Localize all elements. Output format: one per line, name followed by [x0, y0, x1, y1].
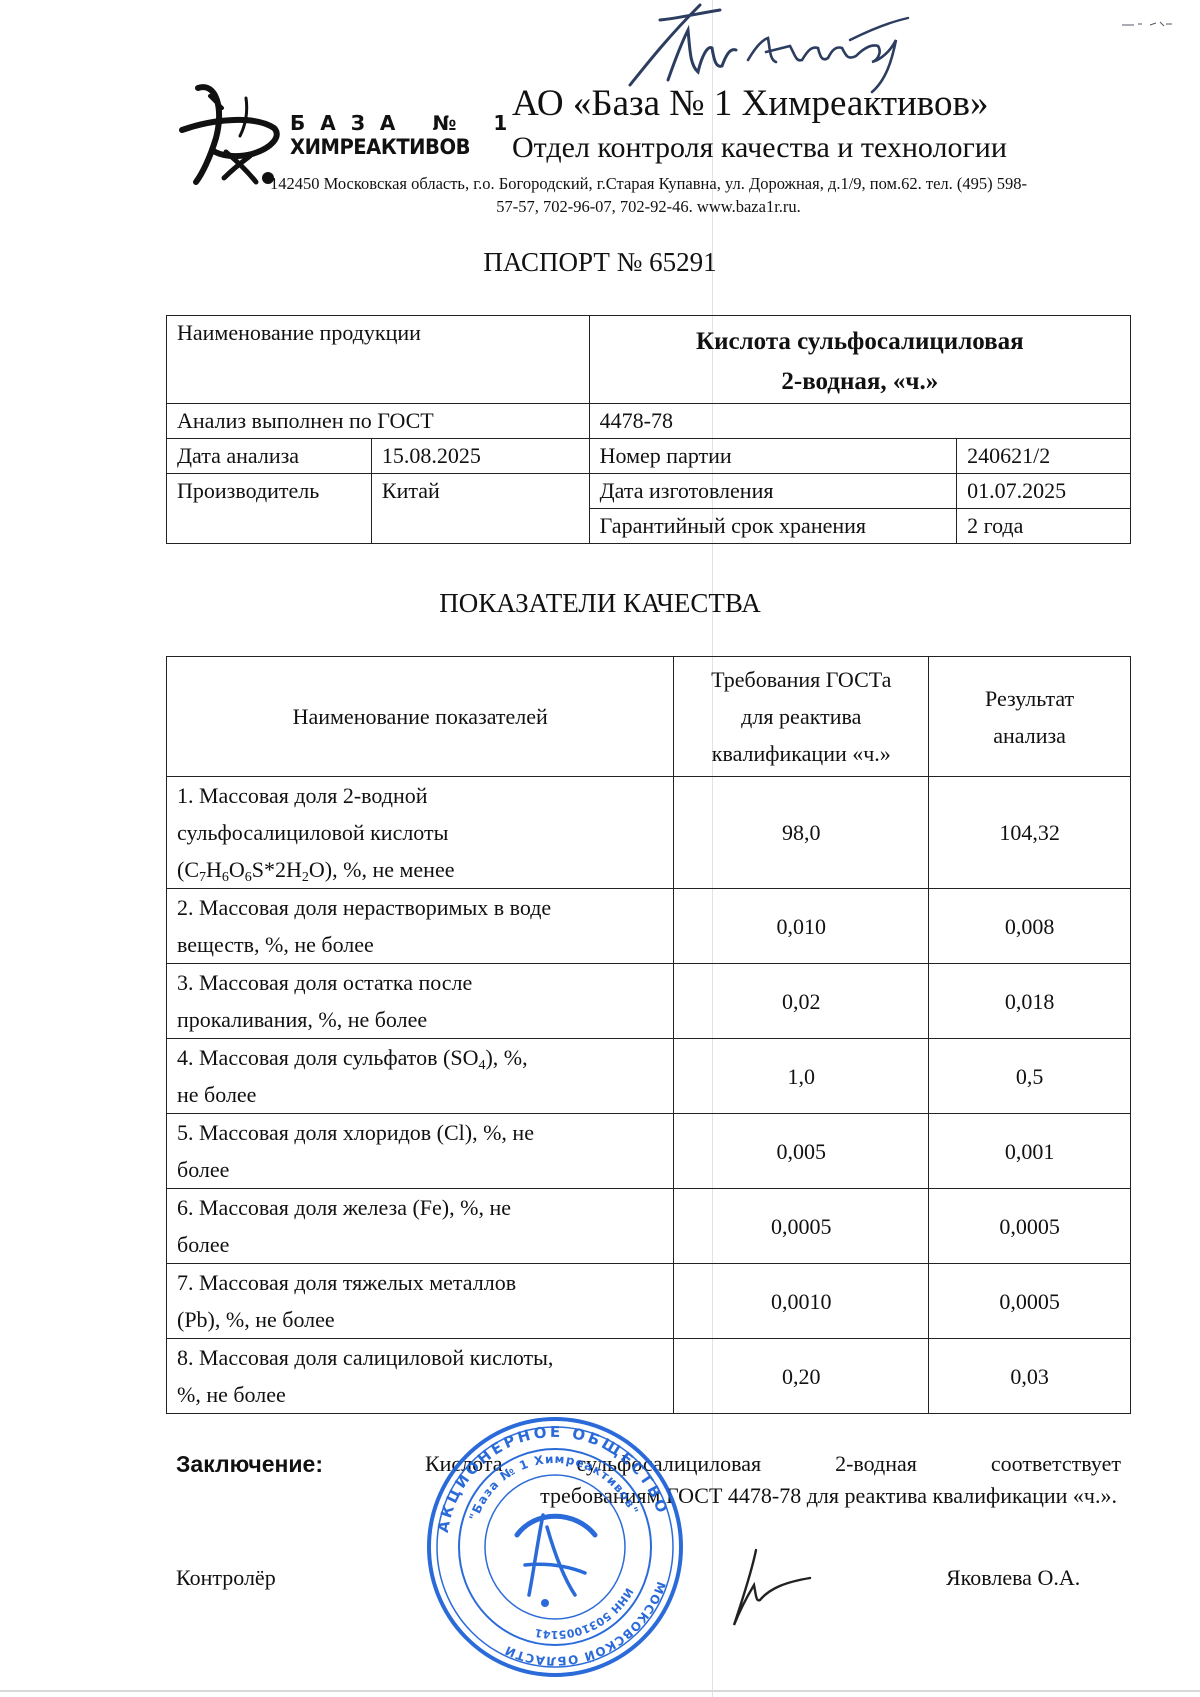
table-row: 8. Массовая доля салициловой кислоты, %,… [167, 1339, 1131, 1414]
indicator-name-line2: сульфосалициловой кислоты [177, 814, 663, 851]
product-info-table: Наименование продукции Кислота сульфосал… [166, 315, 1131, 544]
product-name-line1: Кислота сульфосалициловая [600, 322, 1120, 362]
result-value: 0,5 [929, 1039, 1131, 1114]
requirement-value: 0,0005 [674, 1189, 929, 1264]
logo-wordmark: БАЗА № 1 ХИМРЕАКТИВОВ [290, 112, 522, 160]
indicator-name-line1: 4. Массовая доля сульфатов (SO4), %, [177, 1039, 663, 1076]
indicator-name-line2: (Pb), %, не более [177, 1301, 663, 1338]
indicator-name: 7. Массовая доля тяжелых металлов (Pb), … [167, 1264, 674, 1339]
requirement-header-line2: для реактива [680, 698, 922, 735]
table-row: Наименование продукции Кислота сульфосал… [167, 316, 1131, 404]
address-line-1: 142450 Московская область, г.о. Богородс… [176, 172, 1121, 195]
indicator-name: 8. Массовая доля салициловой кислоты, %,… [167, 1339, 674, 1414]
result-value: 0,0005 [929, 1264, 1131, 1339]
scan-speck-icon [1120, 20, 1180, 28]
table-row: 3. Массовая доля остатка после прокалива… [167, 964, 1131, 1039]
indicator-name-line2: не более [177, 1076, 663, 1113]
indicator-name: 1. Массовая доля 2-водной сульфосалицило… [167, 777, 674, 889]
result-value: 0,008 [929, 889, 1131, 964]
quality-section-title: ПОКАЗАТЕЛИ КАЧЕСТВА [0, 588, 1200, 619]
indicator-name: 3. Массовая доля остатка после прокалива… [167, 964, 674, 1039]
table-row: Анализ выполнен по ГОСТ 4478-78 [167, 404, 1131, 439]
controller-name: Яковлева О.А. [946, 1565, 1080, 1591]
batch-label: Номер партии [589, 439, 956, 474]
indicator-name-line2: более [177, 1151, 663, 1188]
batch-value: 240621/2 [957, 439, 1131, 474]
indicator-name-line2: веществ, %, не более [177, 926, 663, 963]
shelf-life-label: Гарантийный срок хранения [589, 509, 956, 544]
indicator-name-line1: 8. Массовая доля салициловой кислоты, [177, 1339, 663, 1376]
gost-value: 4478-78 [589, 404, 1130, 439]
logo-line1: БАЗА № 1 [290, 112, 522, 134]
quality-table: Наименование показателей Требования ГОСТ… [166, 656, 1131, 1414]
requirement-value: 0,005 [674, 1114, 929, 1189]
controller-signature-icon [726, 1540, 836, 1630]
table-row: 6. Массовая доля железа (Fe), %, не боле… [167, 1189, 1131, 1264]
manufacturer-value: Китай [371, 474, 589, 544]
requirement-value: 0,0010 [674, 1264, 929, 1339]
result-value: 0,001 [929, 1114, 1131, 1189]
indicator-name-line3: (C7H6O6S*2H2O), %, не менее [177, 851, 663, 888]
requirement-value: 0,010 [674, 889, 929, 964]
requirement-value: 0,20 [674, 1339, 929, 1414]
svg-text:"База № 1 Химреактивов": "База № 1 Химреактивов" [466, 1452, 641, 1523]
result-header-line2: анализа [935, 717, 1124, 754]
table-row: 7. Массовая доля тяжелых металлов (Pb), … [167, 1264, 1131, 1339]
indicator-name: 2. Массовая доля нерастворимых в воде ве… [167, 889, 674, 964]
indicator-name-line1: 3. Массовая доля остатка после [177, 964, 663, 1001]
indicator-name-line2: более [177, 1226, 663, 1263]
indicator-name-line1: 6. Массовая доля железа (Fe), %, не [177, 1189, 663, 1226]
analysis-date-label: Дата анализа [167, 439, 372, 474]
table-row: Производитель Китай Дата изготовления 01… [167, 474, 1131, 509]
product-name-line2: 2-водная, «ч.» [600, 362, 1120, 402]
column-header-name: Наименование показателей [167, 657, 674, 777]
result-value: 104,32 [929, 777, 1131, 889]
table-row: Дата анализа 15.08.2025 Номер партии 240… [167, 439, 1131, 474]
table-row: 2. Массовая доля нерастворимых в воде ве… [167, 889, 1131, 964]
indicator-name-line1: 2. Массовая доля нерастворимых в воде [177, 889, 663, 926]
result-value: 0,018 [929, 964, 1131, 1039]
company-name: АО «База № 1 Химреактивов» [512, 82, 988, 126]
result-value: 0,0005 [929, 1189, 1131, 1264]
requirement-value: 1,0 [674, 1039, 929, 1114]
requirement-value: 98,0 [674, 777, 929, 889]
indicator-name: 6. Массовая доля железа (Fe), %, не боле… [167, 1189, 674, 1264]
result-header-line1: Результат [935, 680, 1124, 717]
gost-label: Анализ выполнен по ГОСТ [167, 404, 590, 439]
shelf-life-value: 2 года [957, 509, 1131, 544]
company-stamp-icon: АКЦИОНЕРНОЕ ОБЩЕСТВО МОСКОВСКОЙ ОБЛАСТИ … [425, 1415, 685, 1680]
indicator-name-line2: %, не более [177, 1376, 663, 1413]
indicator-name-line1: 5. Массовая доля хлоридов (Cl), %, не [177, 1114, 663, 1151]
result-value: 0,03 [929, 1339, 1131, 1414]
table-row: 1. Массовая доля 2-водной сульфосалицило… [167, 777, 1131, 889]
indicator-name-line2: прокаливания, %, не более [177, 1001, 663, 1038]
passport-title: ПАСПОРТ № 65291 [0, 247, 1200, 278]
product-label: Наименование продукции [167, 316, 590, 404]
manufacturer-label: Производитель [167, 474, 372, 544]
controller-label: Контролёр [176, 1565, 276, 1591]
conclusion-label: Заключение: [176, 1448, 323, 1480]
table-row: 4. Массовая доля сульфатов (SO4), %, не … [167, 1039, 1131, 1114]
indicator-name: 4. Массовая доля сульфатов (SO4), %, не … [167, 1039, 674, 1114]
column-header-result: Результат анализа [929, 657, 1131, 777]
indicator-name-line1: 1. Массовая доля 2-водной [177, 777, 663, 814]
company-address: 142450 Московская область, г.о. Богородс… [176, 172, 1121, 218]
requirement-value: 0,02 [674, 964, 929, 1039]
logo-line2: ХИМРЕАКТИВОВ [290, 134, 506, 160]
scan-artifact-bottom [0, 1690, 1200, 1692]
conclusion-word: соответствует [991, 1448, 1121, 1480]
manufacture-date-label: Дата изготовления [589, 474, 956, 509]
indicator-name: 5. Массовая доля хлоридов (Cl), %, не бо… [167, 1114, 674, 1189]
handwritten-signature-icon [590, 0, 910, 95]
analysis-date-value: 15.08.2025 [371, 439, 589, 474]
requirement-header-line3: квалификации «ч.» [680, 735, 922, 772]
table-row: 5. Массовая доля хлоридов (Cl), %, не бо… [167, 1114, 1131, 1189]
column-header-requirement: Требования ГОСТа для реактива квалификац… [674, 657, 929, 777]
conclusion-word: 2-водная [835, 1448, 917, 1480]
address-line-2: 57-57, 702-96-07, 702-92-46. www.baza1r.… [176, 195, 1121, 218]
table-header-row: Наименование показателей Требования ГОСТ… [167, 657, 1131, 777]
passport-document: БАЗА № 1 ХИМРЕАКТИВОВ АО «База № 1 Химре… [0, 0, 1200, 1697]
requirement-header-line1: Требования ГОСТа [680, 661, 922, 698]
indicator-name-line1: 7. Массовая доля тяжелых металлов [177, 1264, 663, 1301]
product-name: Кислота сульфосалициловая 2-водная, «ч.» [589, 316, 1130, 404]
department-name: Отдел контроля качества и технологии [512, 130, 1007, 166]
manufacture-date-value: 01.07.2025 [957, 474, 1131, 509]
